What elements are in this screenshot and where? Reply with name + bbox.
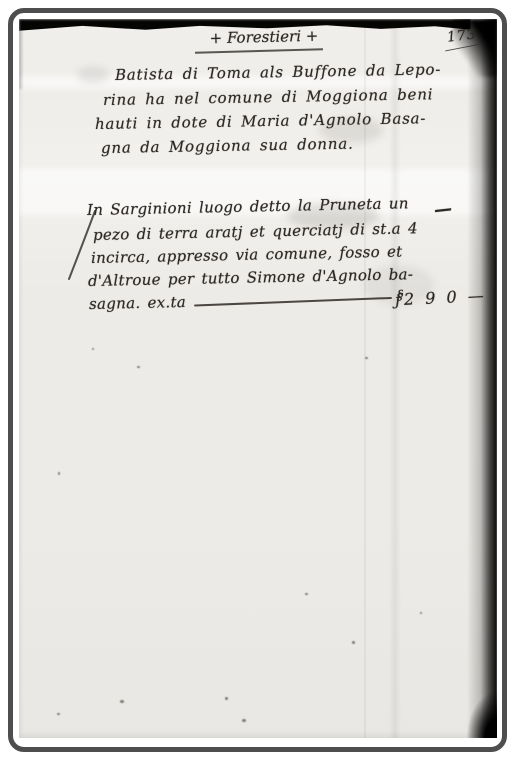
text-line: sagna. ex.ta	[89, 293, 186, 313]
paper-speck	[92, 348, 94, 350]
paper-speck	[57, 713, 60, 715]
paper-speck	[120, 700, 124, 703]
text-line: gna da Moggiona sua donna.	[101, 135, 354, 157]
section-heading: + Forestieri +	[169, 26, 359, 48]
paper-speck	[137, 366, 140, 368]
filler-rule	[194, 297, 392, 307]
text-line: incirca, appresso via comune, fosso et	[91, 242, 403, 267]
paper-speck	[305, 593, 308, 595]
intro-paragraph: Batista di Toma als Buffone da Lepo- rin…	[89, 66, 439, 166]
heading-underline	[195, 48, 323, 53]
paper-speck	[352, 641, 355, 644]
left-edge-shadow	[19, 19, 23, 89]
manuscript-scan: + Forestieri + 173 Batista di Toma als B…	[19, 19, 497, 738]
ink-smudge	[77, 67, 109, 83]
text-line-with-rule: sagna. ex.ta §	[89, 288, 404, 313]
ink-smudge	[287, 203, 379, 229]
text-line: Batista di Toma als Buffone da Lepo-	[115, 60, 441, 84]
paper-speck	[225, 697, 228, 700]
paper-speck	[242, 719, 246, 722]
margin-tally-mark: —	[433, 198, 452, 221]
paper-speck	[58, 472, 60, 475]
bottom-right-corner-shadow	[467, 692, 497, 738]
binding-gutter-shadow	[467, 19, 497, 738]
paper-speck	[420, 612, 422, 614]
paper-speck	[365, 357, 368, 359]
ink-smudge	[364, 265, 434, 305]
text-line: rina ha nel comune di Moggiona beni	[103, 85, 434, 109]
ink-smudge	[319, 117, 383, 143]
manuscript-photo: + Forestieri + 173 Batista di Toma als B…	[0, 0, 515, 760]
